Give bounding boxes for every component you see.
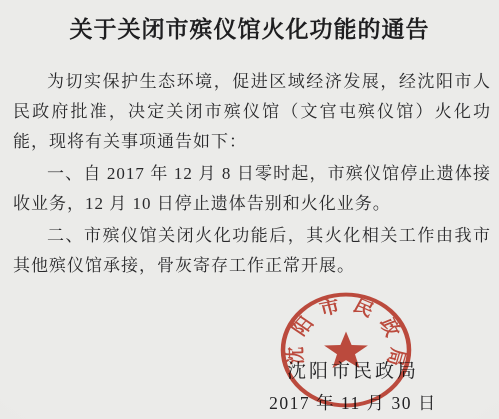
- signature-block: 沈阳市民政局 2017 年 11 月 30 日: [258, 356, 448, 415]
- notice-paragraph-item-1: 一、自 2017 年 12 月 8 日零时起，市殡仪馆停止遗体接收业务，12 月…: [13, 159, 491, 219]
- notice-paragraph-item-2: 二、市殡仪馆关闭火化功能后，其火化相关工作由我市其他殡仪馆承接，骨灰寄存工作正常…: [13, 221, 491, 281]
- notice-body: 为切实保护生态环境，促进区域经济发展，经沈阳市人民政府批准，决定关闭市殡仪馆（文…: [13, 67, 491, 281]
- notice-paragraph-intro: 为切实保护生态环境，促进区域经济发展，经沈阳市人民政府批准，决定关闭市殡仪馆（文…: [13, 67, 491, 157]
- issue-date: 2017 年 11 月 30 日: [258, 390, 448, 415]
- notice-title: 关于关闭市殡仪馆火化功能的通告: [0, 0, 499, 44]
- issuer-name: 沈阳市民政局: [258, 356, 448, 383]
- notice-document: 关于关闭市殡仪馆火化功能的通告 为切实保护生态环境，促进区域经济发展，经沈阳市人…: [0, 0, 499, 419]
